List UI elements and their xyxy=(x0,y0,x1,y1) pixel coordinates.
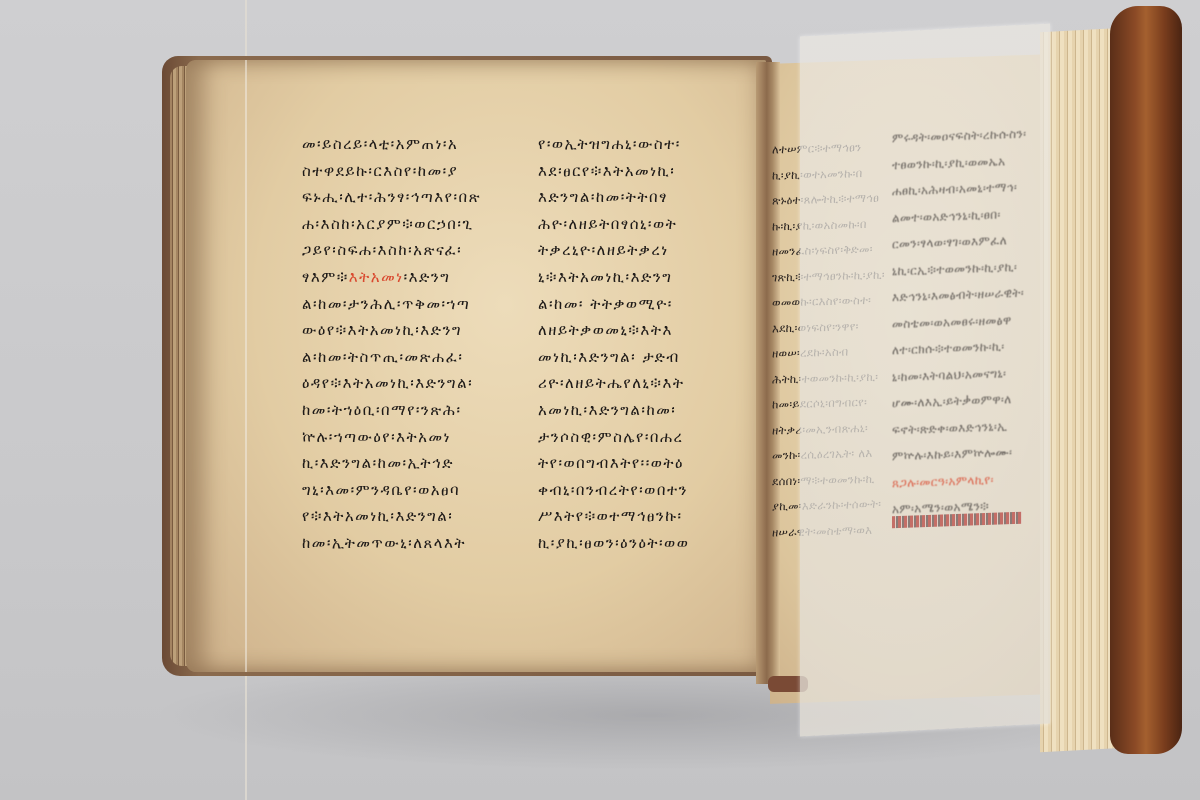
text-line: እድንግል፡ከመ፡ትትበፃ xyxy=(538,184,689,211)
text-line: ምሩዳት፡መዐናፍስት፡ረኩሱስን፡ xyxy=(892,121,1026,152)
text-line: ርመን፡ፃላወ፡ፃገ፡ወእምፈለ xyxy=(892,227,1026,258)
text-line: ፍኑሒ፡ሊተ፡ሕንፃ፡ኅጣእየ፡በጽ xyxy=(302,184,481,211)
text-line: ኒ፨እትአመነኪ፡እድንግ xyxy=(538,264,689,291)
text-line: ሐ፡እስከ፡አርያም፨ወርኃበ፡ጊ xyxy=(302,211,481,238)
text-line: ስተዋደይኩ፡ርእስየ፡ከመ፡ያ xyxy=(302,158,481,185)
text-line: እድኅንኒ፡እመፅብት፡ዘሠራዊት፡ xyxy=(892,280,1026,311)
text-line: ትቃረኒዮ፡ለዘይትቃረነ xyxy=(538,237,689,264)
text-line: ከመ፡ትኀዕቢ፡በማየ፡ንጽሕ፡ xyxy=(302,397,481,424)
text-line: የ፡ወኢትዝግሐኒ፡ውስተ፡ xyxy=(538,131,689,158)
left-page-column-2: የ፡ወኢትዝግሐኒ፡ውስተ፡ እደ፡ፀርየ፨እትአመነኪ፡ እድንግል፡ከመ፡ት… xyxy=(538,131,689,557)
mount-wire-over-page xyxy=(245,60,247,672)
text: ፃእም፨እትአመነ፡እድንግ xyxy=(302,268,450,286)
text-line: ከመ፡ኢትመጥውኒ፡ለጸላእት xyxy=(302,530,481,557)
text-line: ሪዮ፡ለዘይትሔየለኒ፨እት xyxy=(538,370,689,397)
text-line: ሐፀኪ፡አሕዛብ፡አመኒ፡ተማኅ፡ xyxy=(892,174,1026,205)
text-line: ትየ፡ወበግብእትየ፡፡ወትዕ xyxy=(538,450,689,477)
photo-scene: መ፡ይስረይ፡ላቲ፡አምጠነ፡አ ስተዋደይኩ፡ርእስየ፡ከመ፡ያ ፍኑሒ፡ሊተ… xyxy=(0,0,1200,800)
text-line-rubricated: ፃእም፨እትአመነ፡እድንግ xyxy=(302,264,481,291)
right-leather-cover xyxy=(1110,6,1182,754)
text-line: ል፡ከመ፡ ትትቃወሚዮ፡ xyxy=(538,291,689,318)
text-line: ሕዮ፡ለዘይትበፃሰኒ፡ወት xyxy=(538,211,689,238)
text-line: ምኵሉ፡እኩይ፡እምኵሎሙ፡ xyxy=(892,439,1026,470)
text-line: ዕዳየ፨እትአመነኪ፡እድንግል፡ xyxy=(302,370,481,397)
text-line: ሆሙ፡ለእኢ፡ይትቃወምዋ፡ለ xyxy=(892,386,1026,417)
text-line: ውዕየ፨እትአመነኪ፡እድንግ xyxy=(302,317,481,344)
text-line: እደ፡ፀርየ፨እትአመነኪ፡ xyxy=(538,158,689,185)
text-line: ል፡ከመ፡ትስጥጢ፡መጽሐፈ፡ xyxy=(302,344,481,371)
text-line: ኪ፡ያኪ፡ፀወን፡ዕንዕት፡ወወ xyxy=(538,530,689,557)
text-line: ል፡ከመ፡ታንሕሊ፡ጥቅመ፡ኀጣ xyxy=(302,291,481,318)
left-page-column-1: መ፡ይስረይ፡ላቲ፡አምጠነ፡አ ስተዋደይኩ፡ርእስየ፡ከመ፡ያ ፍኑሒ፡ሊተ… xyxy=(302,131,481,557)
text-line: ሥእትየ፨ወተማኅፀንኩ፡ xyxy=(538,503,689,530)
text-line: ግኒ፡እመ፡ምንዳቤየ፡ወአፀባ xyxy=(302,477,481,504)
right-page-column-2: ምሩዳት፡መዐናፍስት፡ረኩሱስን፡ ተፀወንኩ፡ኪ፡ያኪ፡ወመኤአ ሐፀኪ፡አ… xyxy=(892,121,1026,523)
text-line: አመነኪ፡እድንግል፡ከመ፡ xyxy=(538,397,689,424)
text-line: የ፨እትአመነኪ፡እድንግል፡ xyxy=(302,503,481,530)
text-line: ቀብኒ፡በንብረትየ፡ወበተን xyxy=(538,477,689,504)
text-line: ኪ፡እድንግል፡ከመ፡ኢትኅድ xyxy=(302,450,481,477)
text-line: መስቴመ፡ወአመፀሩ፡ዘመፅዋ xyxy=(892,306,1026,337)
text-line: መነኪ፡እድንግል፡ ታድብ xyxy=(538,344,689,371)
text-line: ለዘይትቃወመኒ፨እትእ xyxy=(538,317,689,344)
text-line: ጋይየ፡ስፍሐ፡እስከ፡አጽናፈ፡ xyxy=(302,237,481,264)
text-line: ታንሶስዊ፡ምስሌየ፡በሐረ xyxy=(538,424,689,451)
text-line: ኵሉ፡ኀጣውዕየ፡እትአመነ xyxy=(302,424,481,451)
rubric-text: እትአመነ xyxy=(349,268,404,286)
text-line: መ፡ይስረይ፡ላቲ፡አምጠነ፡አ xyxy=(302,131,481,158)
